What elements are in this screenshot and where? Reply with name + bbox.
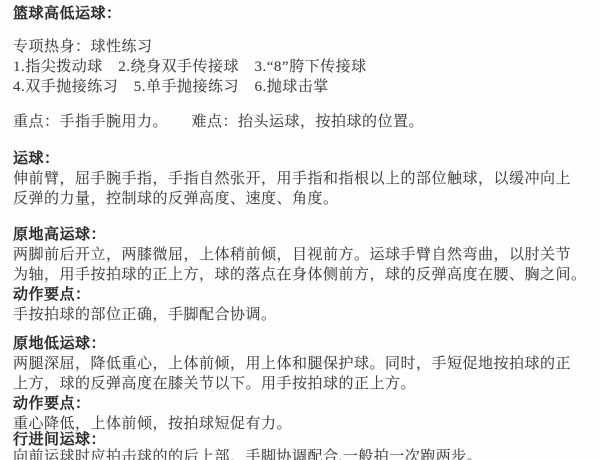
key-and-difficulty-line: 重点：手指手腕用力。 难点：抬头运球，按拍球的位置。 (13, 112, 586, 132)
high-dribble-body-line-1: 两脚前后开立，两膝微屈，上体稍前倾，目视前方。运球手臂自然弯曲，以肘关节 (13, 245, 586, 265)
page-title: 篮球高低运球： (13, 4, 586, 24)
high-dribble-heading: 原地高运球： (13, 225, 586, 245)
moving-dribble-section: 行进间运球： 向前运球时应拍击球的的后上部，手脚协调配合,一般拍一次跑两步。 (13, 432, 586, 460)
low-dribble-points-text: 重心降低，上体前倾，按拍球短促有力。 (13, 414, 586, 434)
high-dribble-points-text: 手按拍球的部位正确，手脚配合协调。 (13, 305, 586, 325)
dribble-section: 运球： 伸前臂，屈手腕手指，手指自然张开，用手指和指根以上的部位触球，以缓冲向上… (13, 149, 586, 209)
dribble-body-line-1: 伸前臂，屈手腕手指，手指自然张开，用手指和指根以上的部位触球，以缓冲向上 (13, 169, 586, 189)
emphasis-section: 重点：手指手腕用力。 难点：抬头运球，按拍球的位置。 (13, 112, 586, 132)
low-dribble-section: 原地低运球： 两腿深屈，降低重心，上体前倾，用上体和腿保护球。同时，手短促地按拍… (13, 334, 586, 434)
warmup-heading: 专项热身：球性练习 (13, 37, 586, 57)
warmup-drills-row-2: 4.双手抛接练习 5.单手抛接练习 6.抛球击掌 (13, 77, 586, 97)
warmup-drills-row-1: 1.指尖拨动球 2.绕身双手传接球 3.“8”胯下传接球 (13, 57, 586, 77)
high-dribble-section: 原地高运球： 两脚前后开立，两膝微屈，上体稍前倾，目视前方。运球手臂自然弯曲，以… (13, 225, 586, 325)
low-dribble-body-line-1: 两腿深屈，降低重心，上体前倾，用上体和腿保护球。同时，手短促地按拍球的正 (13, 354, 586, 374)
low-dribble-body-line-2: 上方，球的反弹高度在膝关节以下。用手按拍球的正上方。 (13, 374, 586, 394)
document-page: 篮球高低运球： 专项热身：球性练习 1.指尖拨动球 2.绕身双手传接球 3.“8… (0, 0, 600, 460)
low-dribble-heading: 原地低运球： (13, 334, 586, 354)
high-dribble-body-line-2: 为轴，用手按拍球的正上方，球的落点在身体侧前方，球的反弹高度在腰、胸之间。 (13, 265, 586, 285)
warmup-section: 专项热身：球性练习 1.指尖拨动球 2.绕身双手传接球 3.“8”胯下传接球 4… (13, 37, 586, 97)
moving-dribble-heading: 行进间运球： (13, 432, 586, 449)
low-dribble-points-heading: 动作要点： (13, 394, 586, 414)
moving-dribble-body-line-1: 向前运球时应拍击球的的后上部，手脚协调配合,一般拍一次跑两步。 (13, 449, 586, 460)
dribble-body-line-2: 反弹的力量，控制球的反弹高度、速度、角度。 (13, 189, 586, 209)
dribble-heading: 运球： (13, 149, 586, 169)
high-dribble-points-heading: 动作要点： (13, 285, 586, 305)
